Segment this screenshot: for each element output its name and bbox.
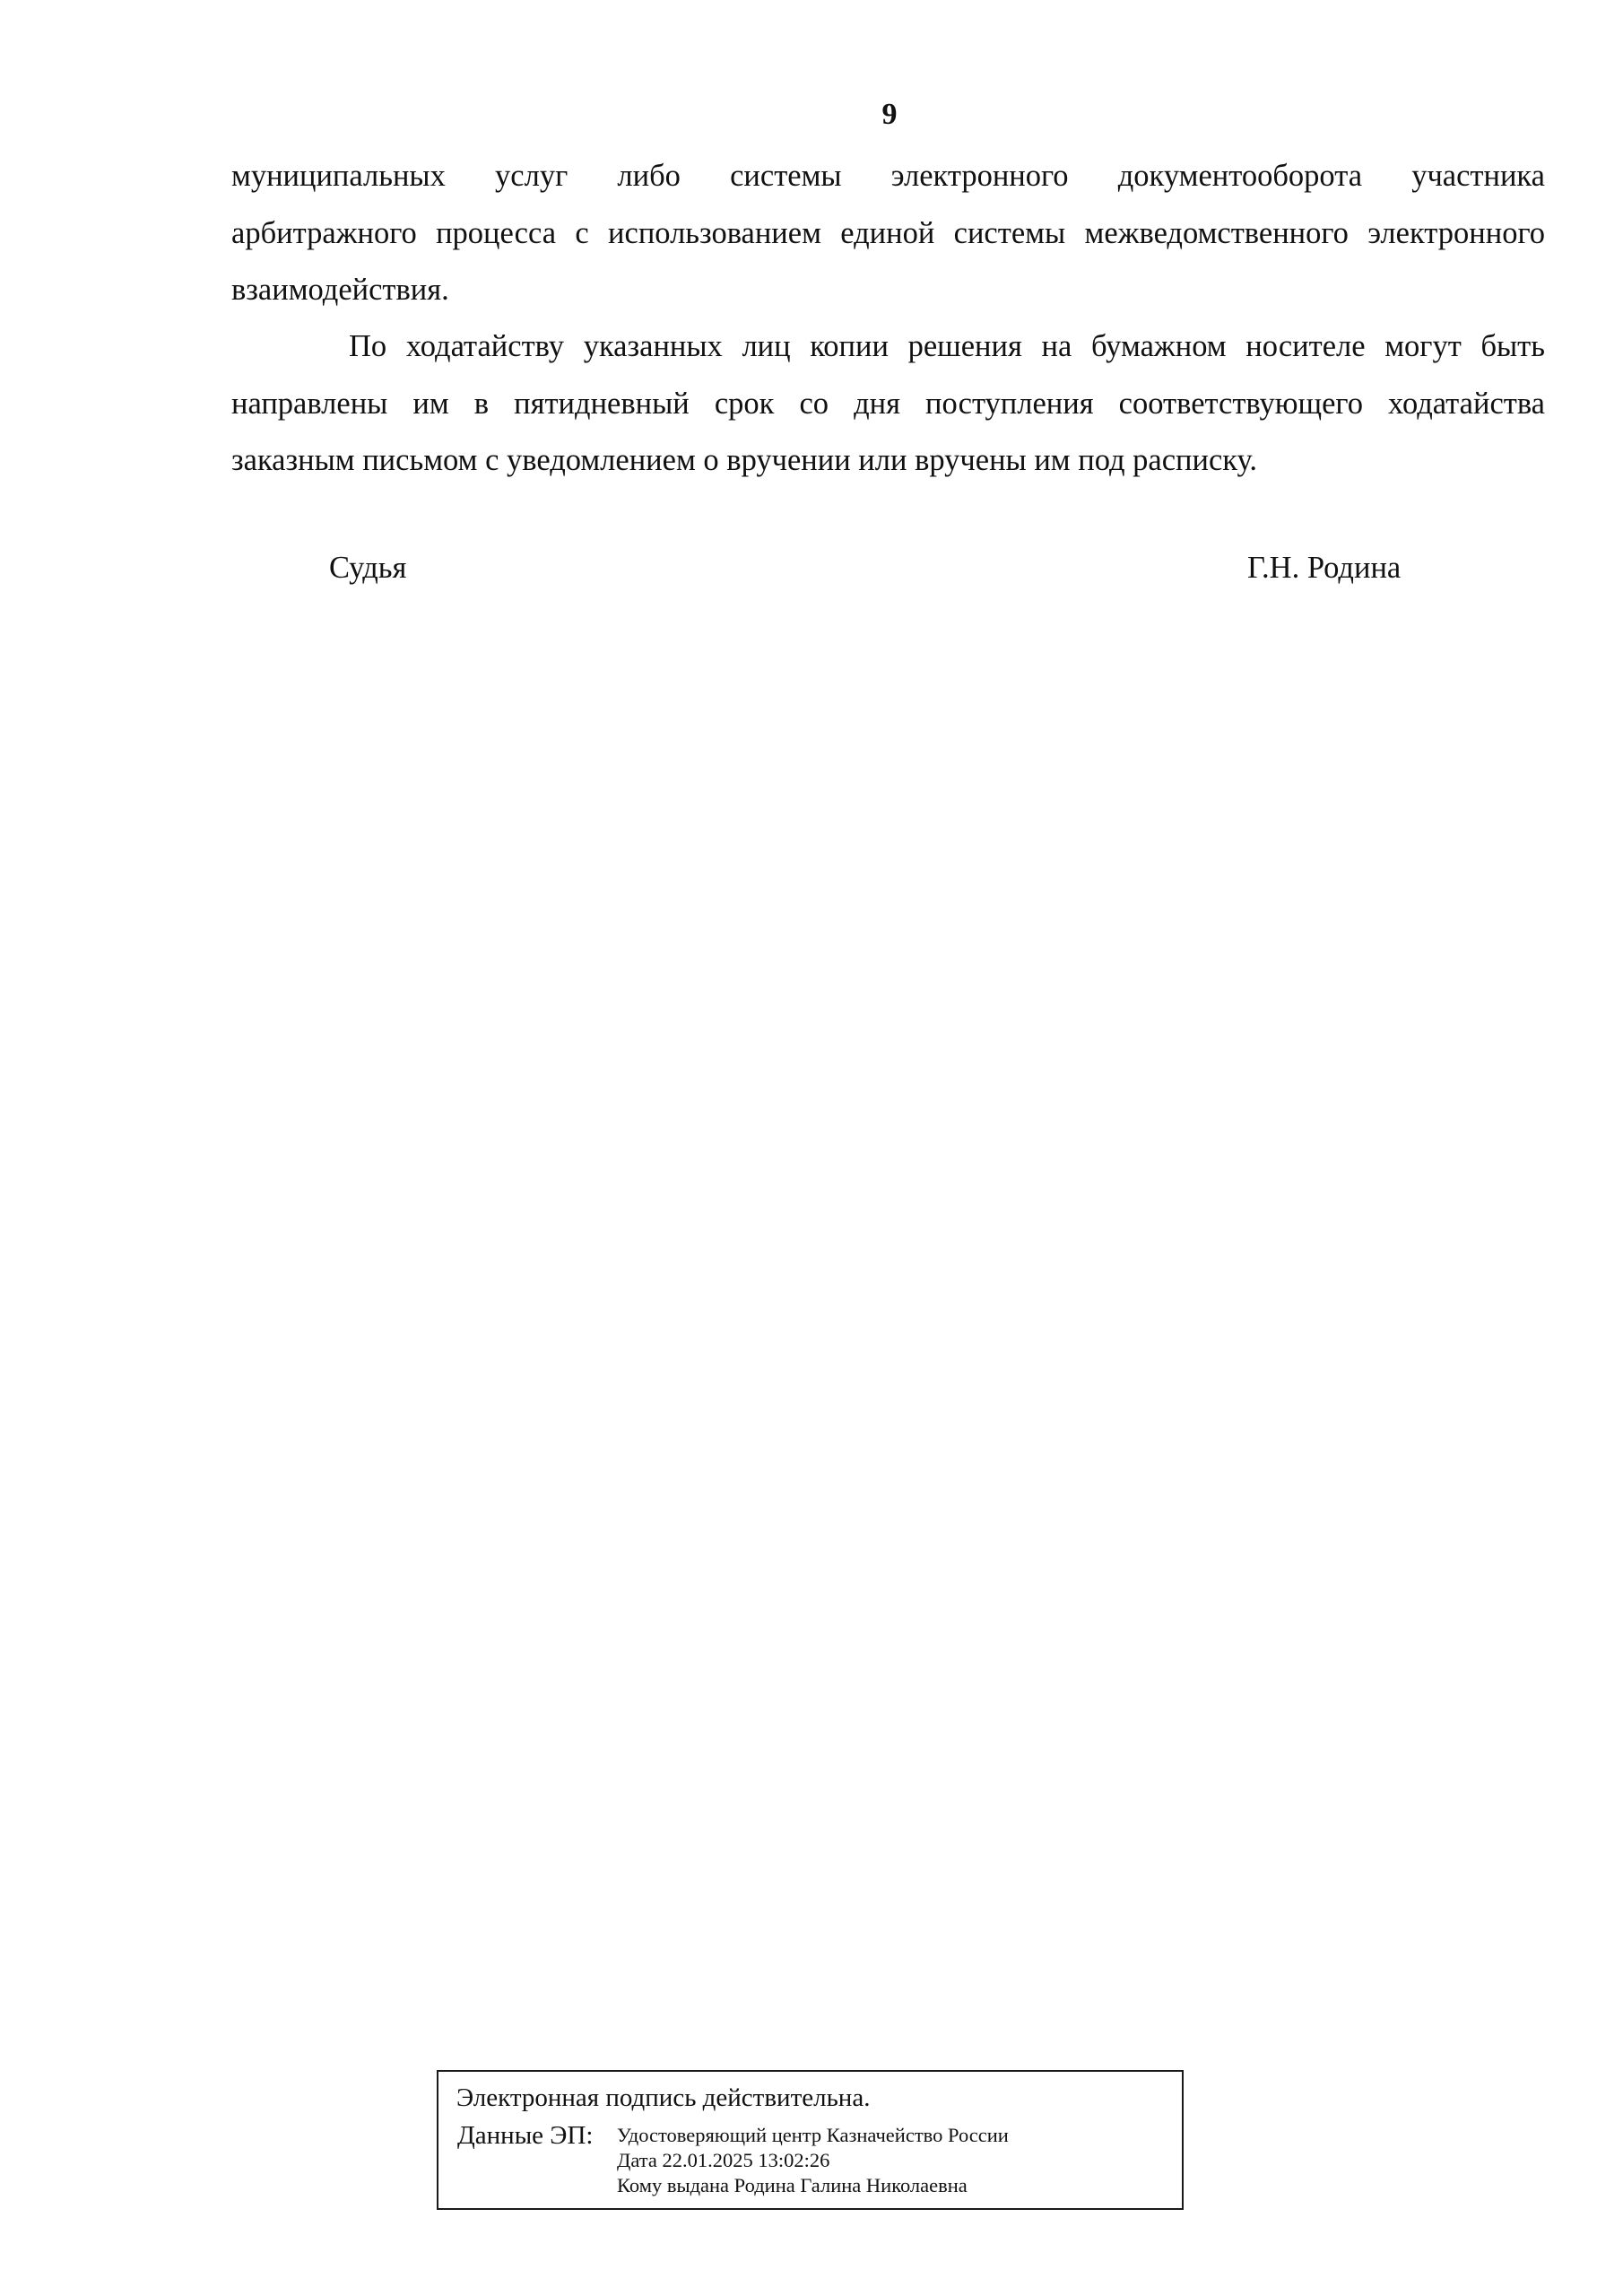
text-line: муниципальных услуг либо системы электро… xyxy=(231,148,1545,205)
judge-name: Г.Н. Родина xyxy=(1247,545,1401,590)
text-line: направлены им в пятидневный срок со дня … xyxy=(231,376,1545,433)
paragraph-paper-copies: По ходатайству указанных лиц копии решен… xyxy=(231,318,1545,490)
electronic-signature-stamp: Электронная подпись действительна. Данны… xyxy=(437,2070,1184,2210)
signature-details: Удостоверяющий центр Казначейство России… xyxy=(617,2123,1009,2198)
paragraph-continuation: муниципальных услуг либо системы электро… xyxy=(231,148,1545,319)
judge-title: Судья xyxy=(329,545,406,590)
text-line: По ходатайству указанных лиц копии решен… xyxy=(231,318,1545,376)
certificate-issuer: Удостоверяющий центр Казначейство России xyxy=(617,2123,1009,2148)
signature-data-label: Данные ЭП: xyxy=(457,2120,593,2151)
certificate-owner: Кому выдана Родина Галина Николаевна xyxy=(617,2173,1009,2198)
text-line: арбитражного процесса с использованием е… xyxy=(231,205,1545,263)
signature-status: Электронная подпись действительна. xyxy=(456,2083,870,2113)
text-line: заказным письмом с уведомлением о вручен… xyxy=(231,432,1545,490)
signature-date: Дата 22.01.2025 13:02:26 xyxy=(617,2148,1009,2173)
page-number: 9 xyxy=(0,97,1623,133)
text-line: взаимодействия. xyxy=(231,262,1545,319)
